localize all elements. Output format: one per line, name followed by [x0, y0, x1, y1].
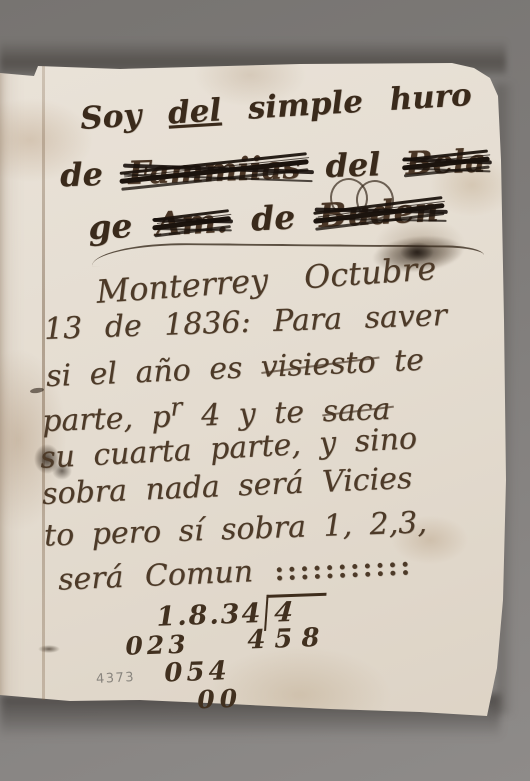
- line1-underlined-word: del: [167, 92, 222, 131]
- crossed-out-word: Buden: [318, 191, 440, 235]
- line7-pre: parte, p: [42, 400, 172, 439]
- crossed-out-word: Bela: [405, 143, 487, 183]
- binding-crease: [42, 66, 45, 700]
- line3-mid: de: [227, 196, 320, 240]
- crossed-out-word: Fammiias: [127, 149, 301, 192]
- division-quotient: 458: [247, 623, 329, 656]
- pencil-catalog-number: 4373: [96, 670, 136, 687]
- long-division-work: 1.8.344 458 023 054 00: [118, 592, 352, 730]
- line3-pre: ge: [87, 205, 157, 247]
- line6-post: te: [375, 343, 425, 380]
- line2-pre: de: [59, 154, 128, 194]
- division-work-row-1: 023: [125, 630, 190, 661]
- line2-mid: del: [300, 144, 406, 186]
- line1-pre: Soy: [79, 96, 169, 137]
- stitch-mark: [38, 645, 60, 653]
- division-work-row-3: 00: [197, 684, 243, 715]
- scratched-word: visiesto: [260, 345, 376, 385]
- colon-dots: :::::::::::: [274, 551, 414, 587]
- photo-backdrop: Soy del simple huro de Fammiias del Bela…: [0, 0, 530, 781]
- crossed-out-word: Am.: [155, 202, 229, 244]
